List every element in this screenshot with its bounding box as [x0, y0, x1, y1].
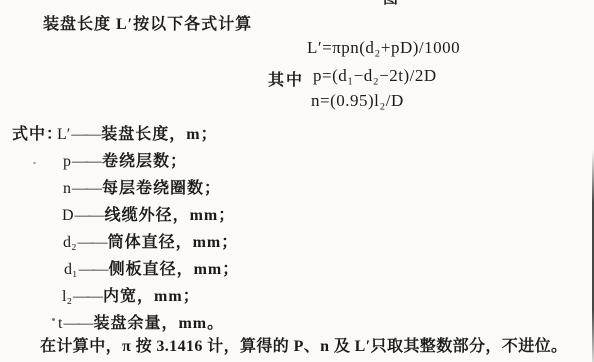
- symbol-L: L′: [57, 126, 70, 143]
- dash: ——: [72, 288, 103, 305]
- definition-row: d₂——筒体直径，mm；: [63, 229, 238, 252]
- scan-speck: [33, 162, 36, 164]
- definitions-lead: 式中：: [12, 121, 63, 144]
- scanned-document-page: 图 ··· 装盘长度 L′按以下各式计算 L′=πpn(d₂+pD)/1000 …: [0, 0, 594, 362]
- dash: ——: [70, 126, 101, 143]
- definition-row: n——每层卷绕圈数；: [63, 175, 221, 198]
- dash: ——: [77, 234, 108, 251]
- symbol-d2: d₂: [63, 234, 77, 251]
- cropped-figure-caption: 图 ···: [383, 0, 441, 6]
- definition-text: 装盘长度，m；: [101, 126, 217, 143]
- dash: ——: [62, 315, 93, 332]
- dash: ——: [74, 207, 105, 224]
- symbol-d1: d₁: [64, 261, 78, 278]
- definition-text: 卷绕层数；: [102, 153, 187, 170]
- dash: ——: [71, 153, 102, 170]
- formula-reel-length: L′=πpn(d₂+pD)/1000: [307, 38, 460, 58]
- calculation-note: 在计算中，π 按 3.1416 计，算得的 P、n 及 L′只取其整数部分，不进…: [40, 333, 585, 356]
- dash: ——: [78, 261, 109, 278]
- definition-row: D——线缆外径，mm；: [62, 202, 235, 225]
- definition-text: 筒体直径，mm；: [108, 234, 239, 251]
- cropped-figure-caption-text: 图 ···: [383, 0, 441, 6]
- definition-text: 侧板直径，mm；: [109, 261, 240, 278]
- definition-row: p——卷绕层数；: [63, 148, 187, 171]
- where-label: 其中: [268, 67, 304, 90]
- symbol-n: n: [63, 180, 71, 197]
- definition-text: 装盘余量，mm。: [93, 315, 224, 332]
- scan-speck: [52, 318, 55, 321]
- intro-sentence: 装盘长度 L′按以下各式计算: [43, 11, 252, 34]
- symbol-D: D: [62, 207, 74, 224]
- definition-text: 线缆外径，mm；: [105, 207, 236, 224]
- formula-turns-per-layer: n=(0.95)l₂/D: [311, 91, 404, 111]
- dash: ——: [71, 180, 102, 197]
- formula-winding-layers: p=(d₁−d₂−2t)/2D: [313, 66, 437, 86]
- definition-row: L′——装盘长度，m；: [57, 121, 218, 144]
- definition-text: 每层卷绕圈数；: [102, 180, 221, 197]
- definition-row: d₁——侧板直径，mm；: [64, 256, 239, 279]
- symbol-l2: l₂: [62, 288, 72, 305]
- symbol-p: p: [63, 153, 71, 170]
- definition-row: l₂——内宽，mm；: [62, 283, 200, 306]
- definition-text: 内宽，mm；: [103, 288, 200, 305]
- definition-row: t——装盘余量，mm。: [58, 310, 224, 333]
